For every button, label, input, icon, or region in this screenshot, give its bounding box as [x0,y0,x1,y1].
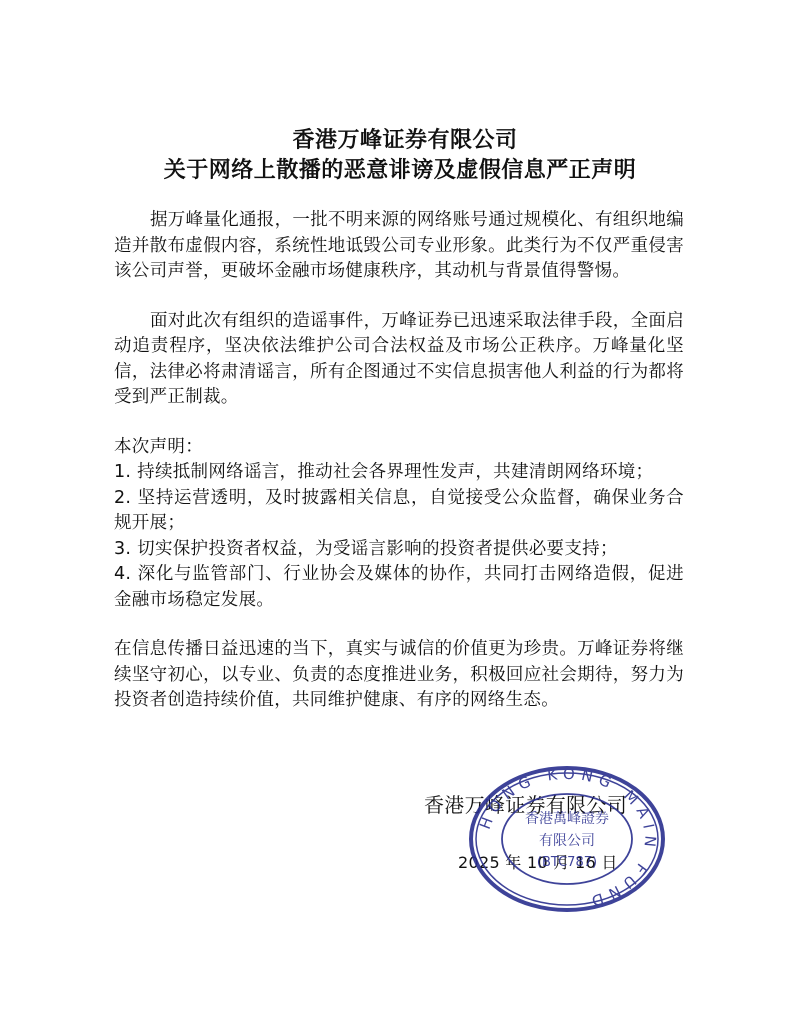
seal-line-2: 有限公司 [539,833,595,849]
statement-item-3: 3. 切实保护投资者权益，为受谣言影响的投资者提供必要支持； [114,537,684,563]
paragraph-1: 据万峰量化通报，一批不明来源的网络账号通过规模化、有组织地编造并散布虚假内容，系… [114,208,684,285]
paragraph-2: 面对此次有组织的造谣事件，万峰证券已迅速采取法律手段，全面启动追责程序，坚决依法… [114,309,684,411]
document-body: 据万峰量化通报，一批不明来源的网络账号通过规模化、有组织地编造并散布虚假内容，系… [114,208,684,738]
statement-item-1: 1. 持续抵制网络谣言，推动社会各界理性发声，共建清朗网络环境； [114,460,684,486]
statement-item-4: 4. 深化与监管部门、行业协会及媒体的协作，共同打击网络造假，促进金融市场稳定发… [114,562,684,613]
statement-intro: 本次声明： [114,435,684,461]
statement-list: 本次声明： 1. 持续抵制网络谣言，推动社会各界理性发声，共建清朗网络环境； 2… [114,435,684,614]
seal-icon: HONG KONG MAIN FUND 香港萬峰證券 有限公司 (BTC787) [467,765,667,913]
seal-line-3: (BTC787) [537,855,597,870]
document-title: 香港万峰证券有限公司 关于网络上散播的恶意诽谤及虚假信息严正声明 [0,126,800,186]
statement-heading: 关于网络上散播的恶意诽谤及虚假信息严正声明 [0,156,800,186]
company-seal-stamp: HONG KONG MAIN FUND 香港萬峰證券 有限公司 (BTC787) [467,765,667,913]
statement-item-2: 2. 坚持运营透明，及时披露相关信息，自觉接受公众监督，确保业务合规开展； [114,486,684,537]
company-name-heading: 香港万峰证券有限公司 [0,126,800,156]
closing-paragraph: 在信息传播日益迅速的当下，真实与诚信的价值更为珍贵。万峰证券将继续坚守初心，以专… [114,637,684,714]
seal-line-1: 香港萬峰證券 [525,810,609,827]
